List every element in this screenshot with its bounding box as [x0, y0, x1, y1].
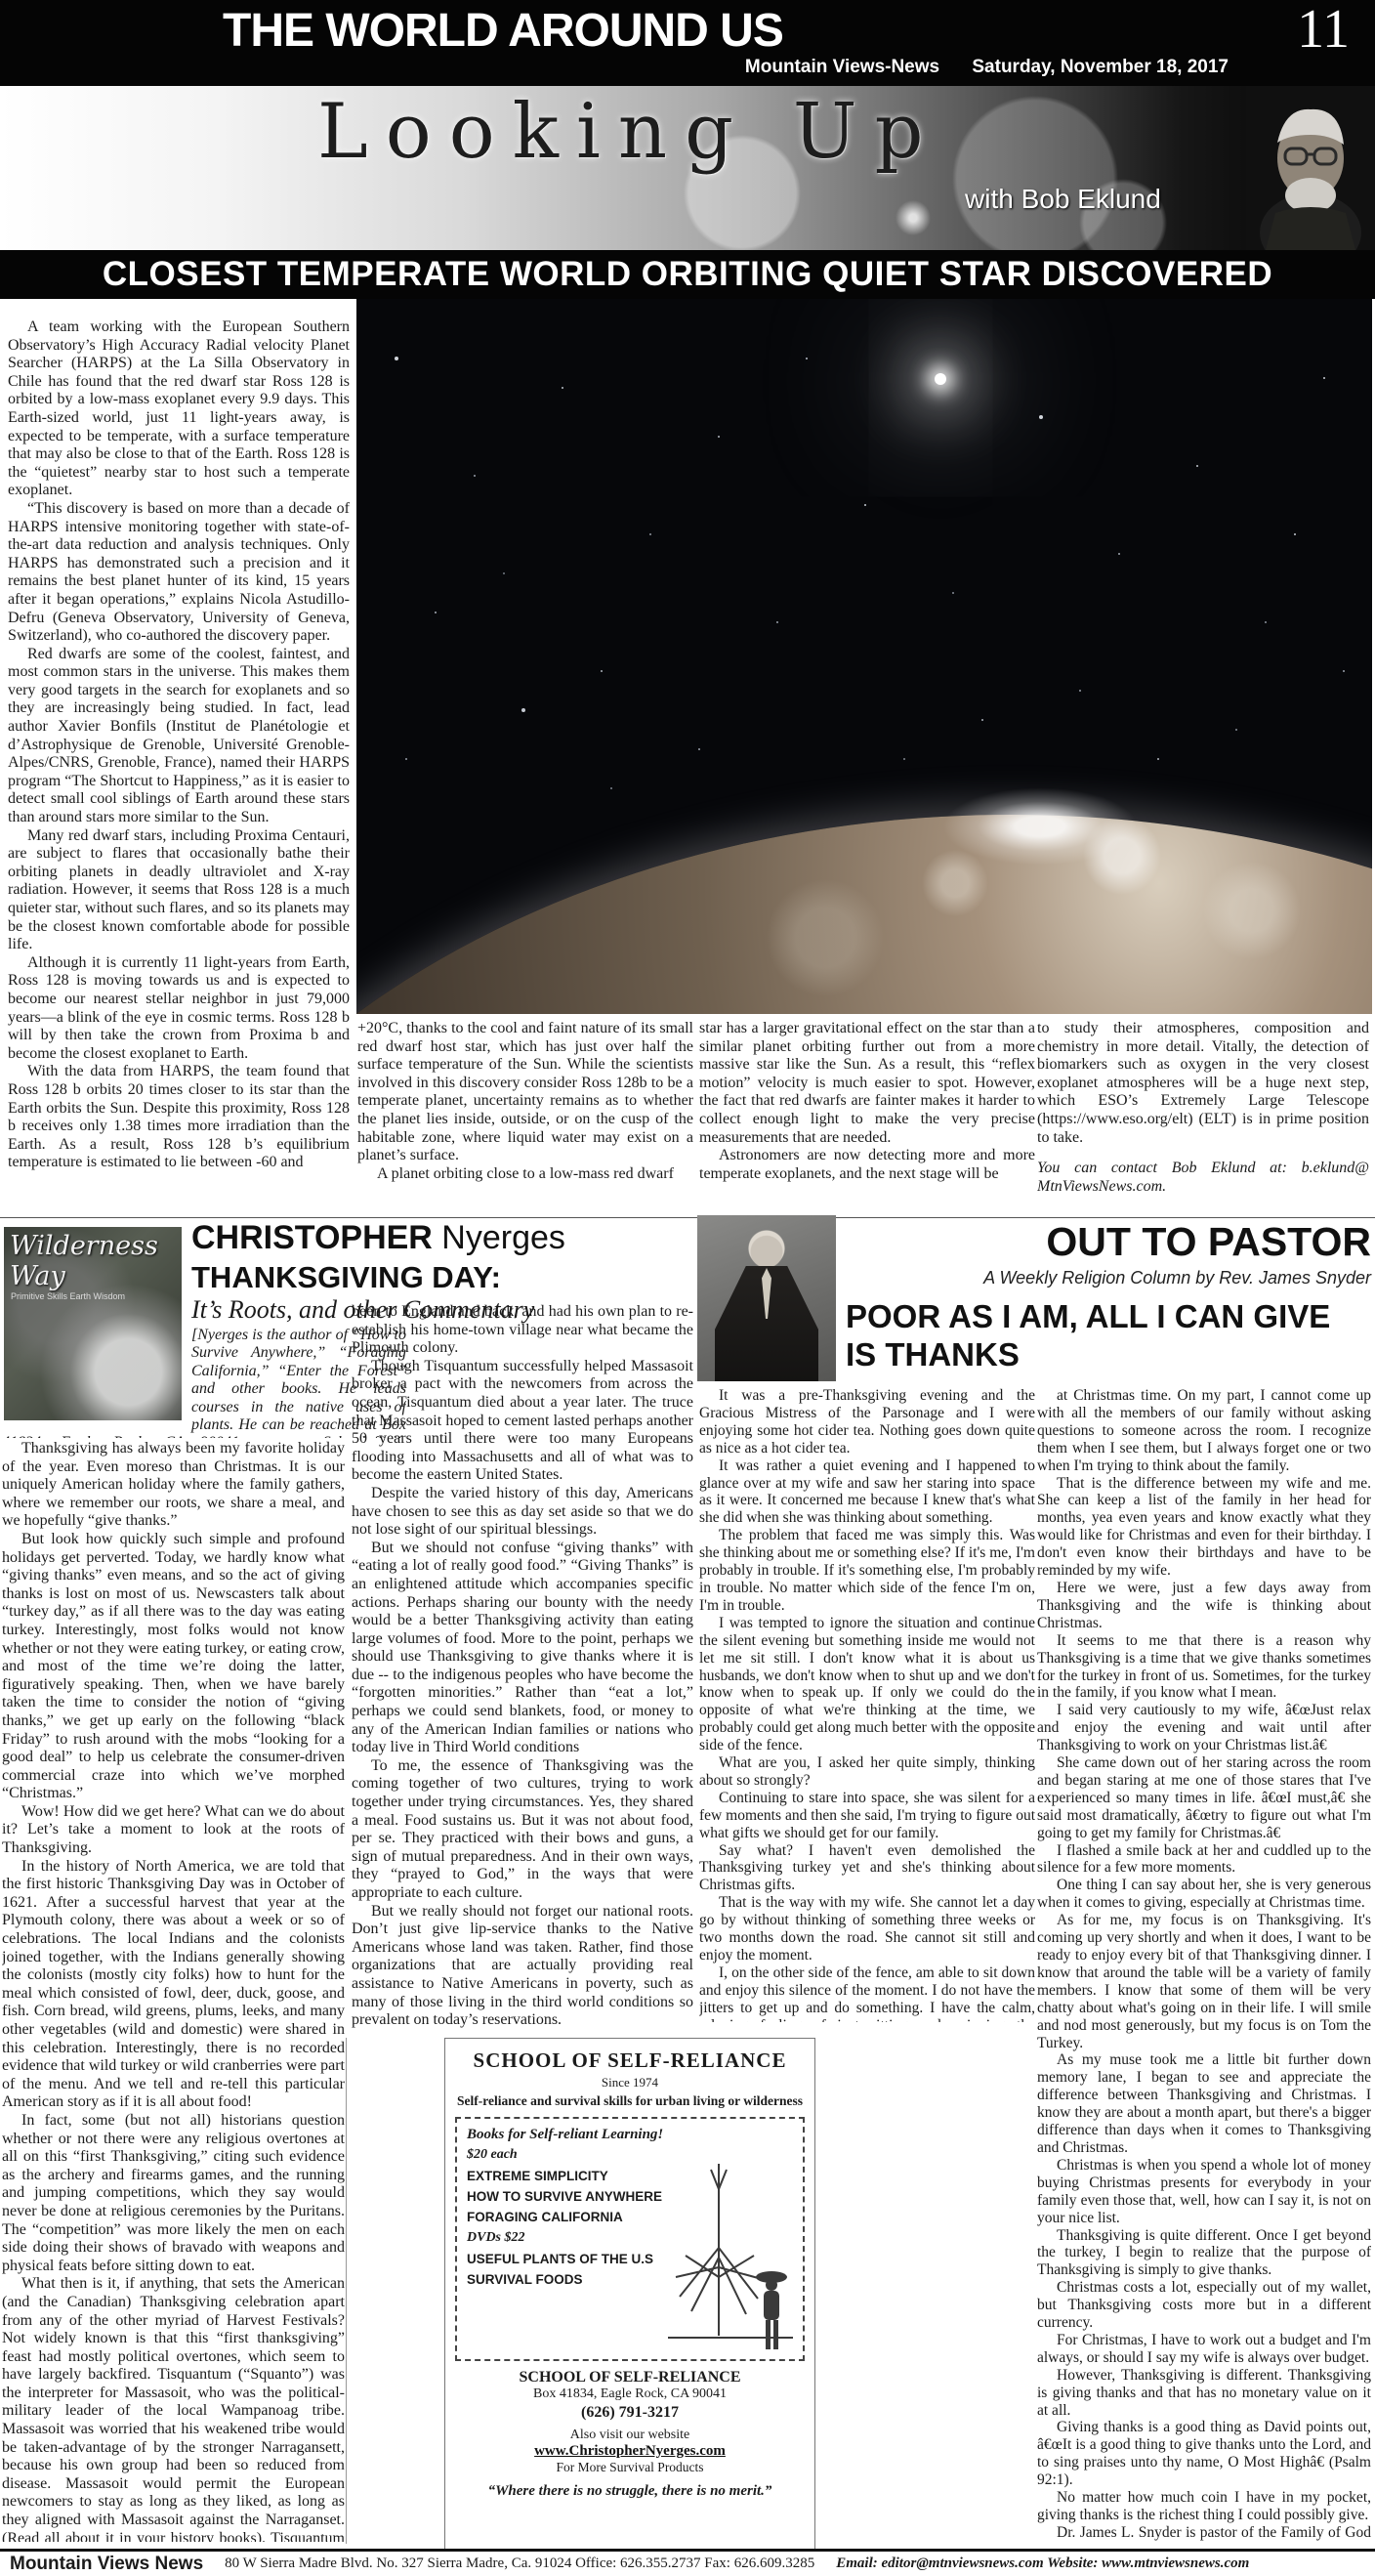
- banner-script-title: Looking Up: [317, 88, 941, 176]
- ad-dvd-1: USEFUL PLANTS OF THE U.S: [467, 2252, 667, 2266]
- ad-website-link[interactable]: www.ChristopherNyerges.com: [445, 2443, 814, 2460]
- ad-address: Box 41834, Eagle Rock, CA 90041: [445, 2386, 814, 2402]
- ad-products-list: Books for Self-reliant Learning! $20 eac…: [467, 2127, 667, 2293]
- paragraph: Astronomers are now detecting more and m…: [699, 1147, 1035, 1183]
- paragraph: Despite the varied history of this day, …: [352, 1485, 693, 1540]
- ad-visit-label: Also visit our website: [445, 2428, 814, 2443]
- ad-school-name: SCHOOL OF SELF-RELIANCE: [445, 2369, 814, 2386]
- paragraph: Dr. James L. Snyder is pastor of the Fam…: [1037, 2524, 1371, 2542]
- page-number: 11: [1297, 2, 1350, 57]
- section-divider: [0, 1217, 1375, 1218]
- ad-books-price: $20 each: [467, 2147, 667, 2163]
- paragraph: “This discovery is based on more than a …: [8, 500, 350, 646]
- paragraph: Christmas costs a lot, especially out of…: [1037, 2279, 1371, 2332]
- nyerges-byline-first: CHRISTOPHER: [191, 1219, 433, 1256]
- ad-tagline: Self-reliance and survival skills for ur…: [455, 2093, 805, 2109]
- paragraph: Here we were, just a few days away from …: [1037, 1580, 1371, 1632]
- nyerges-column-b: been to England and back, and had his ow…: [352, 1303, 693, 2036]
- paragraph: at Christmas time. On my part, I cannot …: [1037, 1387, 1371, 1475]
- pastor-kicker: OUT TO PASTOR: [977, 1219, 1371, 1265]
- paragraph: As my muse took me a little bit further …: [1037, 2051, 1371, 2156]
- ad-title: SCHOOL OF SELF-RELIANCE: [445, 2048, 814, 2073]
- article-column-2: +20°C, thanks to the cool and faint natu…: [357, 1020, 693, 1209]
- paragraph: been to England and back, and had his ow…: [352, 1303, 693, 1358]
- contact-note: You can contact Bob Eklund at: b.eklund@…: [1037, 1160, 1369, 1196]
- paragraph: But look how quickly such simple and pro…: [2, 1531, 345, 1803]
- self-reliance-ad: SCHOOL OF SELF-RELIANCE Since 1974 Self-…: [444, 2038, 815, 2550]
- paragraph: But we should not confuse “giving thanks…: [352, 1540, 693, 1757]
- paragraph: That is the way with my wife. She cannot…: [699, 1894, 1035, 1964]
- banner-byline: with Bob Eklund: [965, 184, 1161, 215]
- paragraph: Giving thanks is a good thing as David p…: [1037, 2419, 1371, 2489]
- pastor-headline: POOR AS I AM, ALL I CAN GIVE IS THANKS: [846, 1297, 1363, 1373]
- planet-limb-glow: [942, 787, 1138, 866]
- ad-book-2: HOW TO SURVIVE ANYWHERE: [467, 2189, 667, 2204]
- wilderness-way-title: Wilderness Way: [4, 1227, 182, 1291]
- paragraph: A team working with the European Souther…: [8, 318, 350, 500]
- paragraph: To me, the essence of Thanksgiving was t…: [352, 1757, 693, 1903]
- paragraph: +20°C, thanks to the cool and faint natu…: [357, 1020, 693, 1165]
- footer-contact-links[interactable]: Email: editor@mtnviewsnews.com Website: …: [836, 2555, 1249, 2572]
- paragraph: That is the difference between my wife a…: [1037, 1475, 1371, 1580]
- column-banner: Looking Up with Bob Eklund: [0, 86, 1375, 250]
- masthead-bar: THE WORLD AROUND US 11 Mountain Views-Ne…: [0, 0, 1375, 86]
- wilderness-way-tagline: Primitive Skills Earth Wisdom: [4, 1291, 182, 1301]
- paragraph: What then is it, if anything, that sets …: [2, 2275, 345, 2542]
- paragraph: A planet orbiting close to a low-mass re…: [357, 1165, 693, 1184]
- paragraph: I, on the other side of the fence, am ab…: [699, 1964, 1035, 2022]
- pastor-subtitle: A Weekly Religion Column by Rev. James S…: [859, 1268, 1371, 1288]
- paragraph: Although it is currently 11 light-years …: [8, 954, 350, 1064]
- paragraph: Thanksgiving is quite different. Once I …: [1037, 2227, 1371, 2280]
- ad-motto: “Where there is no struggle, there is no…: [445, 2483, 814, 2500]
- james-snyder-photo: [697, 1215, 836, 1381]
- paragraph: Continuing to stare into space, she was …: [699, 1790, 1035, 1842]
- nyerges-byline: CHRISTOPHER Nyerges: [191, 1219, 565, 1257]
- paragraph: Red dwarfs are some of the coolest, fain…: [8, 646, 350, 827]
- article-column-1: A team working with the European Souther…: [8, 318, 350, 1209]
- newspaper-page: THE WORLD AROUND US 11 Mountain Views-Ne…: [0, 0, 1375, 2576]
- nyerges-author-note: [Nyerges is the author of “How to Surviv…: [2, 1327, 406, 1438]
- article-column-4: to study their atmospheres, composition …: [1037, 1020, 1369, 1209]
- ad-book-3: FORAGING CALIFORNIA: [467, 2210, 667, 2224]
- article-headline: CLOSEST TEMPERATE WORLD ORBITING QUIET S…: [103, 255, 1272, 294]
- footer-paper-name: Mountain Views News: [10, 2554, 203, 2575]
- footer-address: 80 W Sierra Madre Blvd. No. 327 Sierra M…: [225, 2555, 814, 2572]
- paragraph: star has a larger gravitational effect o…: [699, 1020, 1035, 1147]
- pastor-column-2: at Christmas time. On my part, I cannot …: [1037, 1387, 1371, 2542]
- issue-date: Saturday, November 18, 2017: [972, 57, 1229, 77]
- paragraph: Wow! How did we get here? What can we do…: [2, 1803, 345, 1858]
- paragraph: to study their atmospheres, composition …: [1037, 1020, 1369, 1147]
- article-column-3: star has a larger gravitational effect o…: [699, 1020, 1035, 1209]
- nyerges-headline: THANKSGIVING DAY:: [191, 1260, 501, 1295]
- ad-since: Since 1974: [445, 2075, 814, 2090]
- paragraph: In fact, some (but not all) historians q…: [2, 2112, 345, 2275]
- nyerges-byline-last: Nyerges: [433, 1219, 565, 1256]
- exoplanet-image: [356, 299, 1372, 1014]
- paper-name: Mountain Views-News: [745, 57, 939, 77]
- article-column-4-text: to study their atmospheres, composition …: [1037, 1020, 1369, 1147]
- paragraph: In the history of North America, we are …: [2, 1858, 345, 2112]
- pastor-column-1: It was a pre-Thanksgiving evening and th…: [699, 1387, 1035, 2022]
- paragraph: The problem that faced me was simply thi…: [699, 1527, 1035, 1615]
- paragraph: It seems to me that there is a reason wh…: [1037, 1632, 1371, 1703]
- paragraph: It was rather a quiet evening and I happ…: [699, 1457, 1035, 1528]
- paragraph: However, Thanksgiving is different. Than…: [1037, 2367, 1371, 2420]
- paragraph: She came down out of her staring across …: [1037, 1754, 1371, 1842]
- ad-phone: (626) 791-3217: [445, 2404, 814, 2422]
- ad-more-label: For More Survival Products: [445, 2460, 814, 2475]
- paragraph: But we really should not forget our nati…: [352, 1903, 693, 2030]
- paragraph: One thing I can say about her, she is ve…: [1037, 1877, 1371, 1912]
- ad-books-header: Books for Self-reliant Learning!: [467, 2127, 667, 2143]
- paragraph: I was tempted to ignore the situation an…: [699, 1615, 1035, 1754]
- starfield: [356, 299, 358, 301]
- ad-dvd-2: SURVIVAL FOODS: [467, 2272, 667, 2287]
- planet-surface: [356, 815, 1372, 1014]
- ad-products-box: Books for Self-reliant Learning! $20 eac…: [455, 2117, 805, 2361]
- ad-book-1: EXTREME SIMPLICITY: [467, 2169, 667, 2183]
- yucca-forager-illustration: [662, 2131, 799, 2363]
- column-rule: [346, 2038, 347, 2544]
- paragraph: What are you, I asked her quite simply, …: [699, 1754, 1035, 1790]
- paragraph: I said very cautiously to my wife, â€œJu…: [1037, 1702, 1371, 1754]
- paragraph: Thanksgiving has always been my favorite…: [2, 1440, 345, 1531]
- nyerges-column-a: Thanksgiving has always been my favorite…: [2, 1440, 345, 2542]
- paragraph: It was a pre-Thanksgiving evening and th…: [699, 1387, 1035, 1457]
- red-dwarf-star: [935, 373, 946, 385]
- bob-eklund-photo: [1246, 86, 1375, 250]
- paragraph: No matter how much coin I have in my poc…: [1037, 2489, 1371, 2524]
- paragraph: Though Tisquantum successfully helped Ma…: [352, 1358, 693, 1485]
- paragraph: I flashed a smile back at her and cuddle…: [1037, 1842, 1371, 1878]
- paragraph: For Christmas, I have to work out a budg…: [1037, 2332, 1371, 2367]
- page-title: THE WORLD AROUND US: [223, 4, 783, 58]
- headline-bar: CLOSEST TEMPERATE WORLD ORBITING QUIET S…: [0, 250, 1375, 299]
- page-footer: Mountain Views News 80 W Sierra Madre Bl…: [0, 2549, 1375, 2576]
- paragraph: As for me, my focus is on Thanksgiving. …: [1037, 1912, 1371, 2051]
- paragraph: Say what? I haven't even demolished the …: [699, 1842, 1035, 1895]
- ad-dvd-price: DVDs $22: [467, 2230, 667, 2246]
- paper-date-line: Mountain Views-News Saturday, November 1…: [718, 57, 1229, 78]
- paragraph: With the data from HARPS, the team found…: [8, 1063, 350, 1172]
- paragraph: Christmas is when you spend a whole lot …: [1037, 2157, 1371, 2227]
- paragraph: Many red dwarf stars, including Proxima …: [8, 827, 350, 954]
